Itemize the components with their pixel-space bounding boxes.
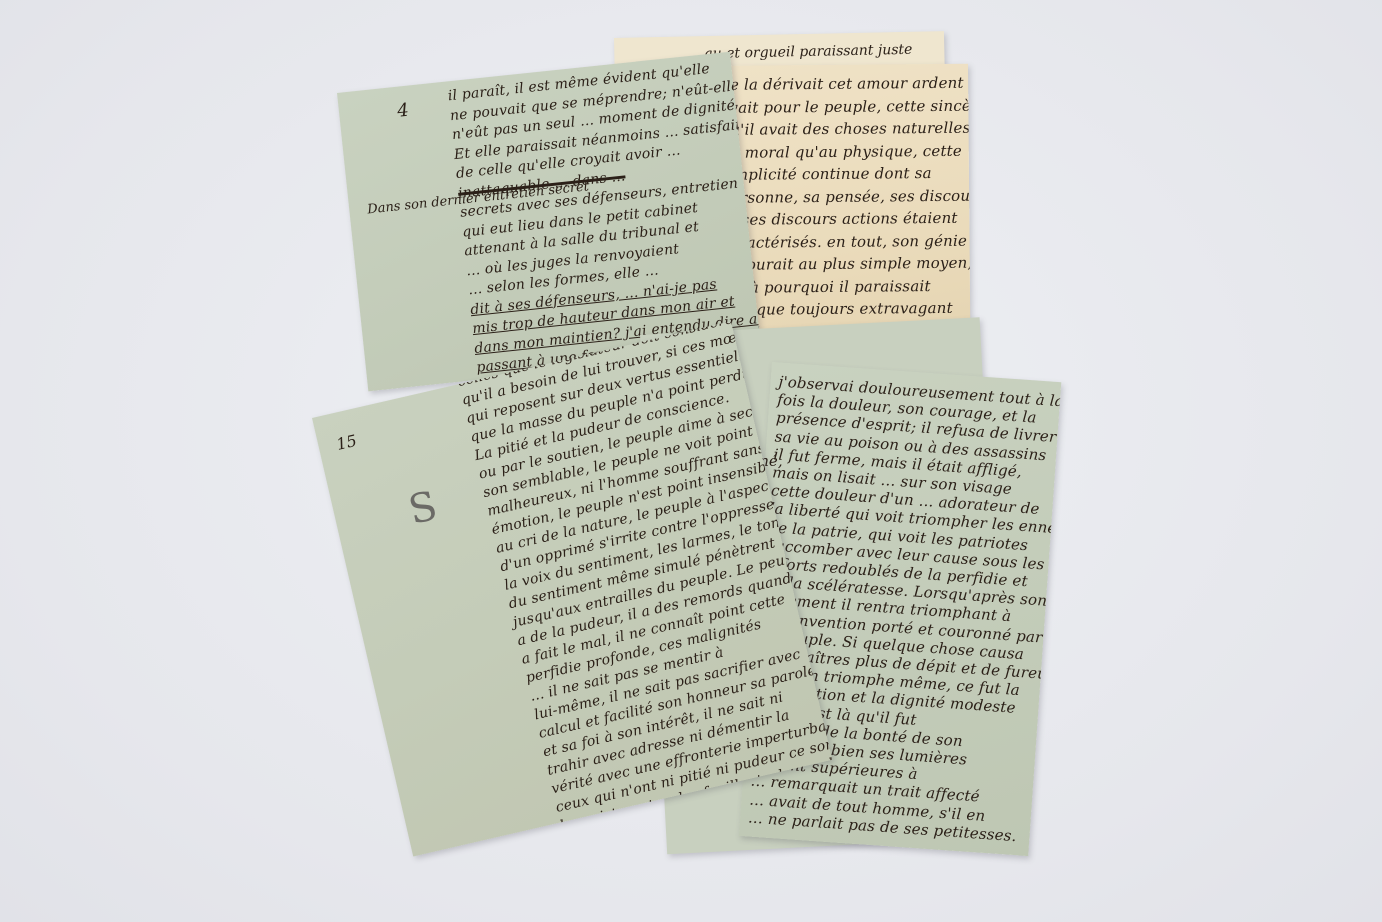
page-number: 4 [396, 100, 410, 122]
sheet-header-line: au et orgueil paraissant juste [704, 42, 912, 62]
pencil-mark: S [404, 483, 441, 534]
page-number: 15 [334, 431, 358, 454]
